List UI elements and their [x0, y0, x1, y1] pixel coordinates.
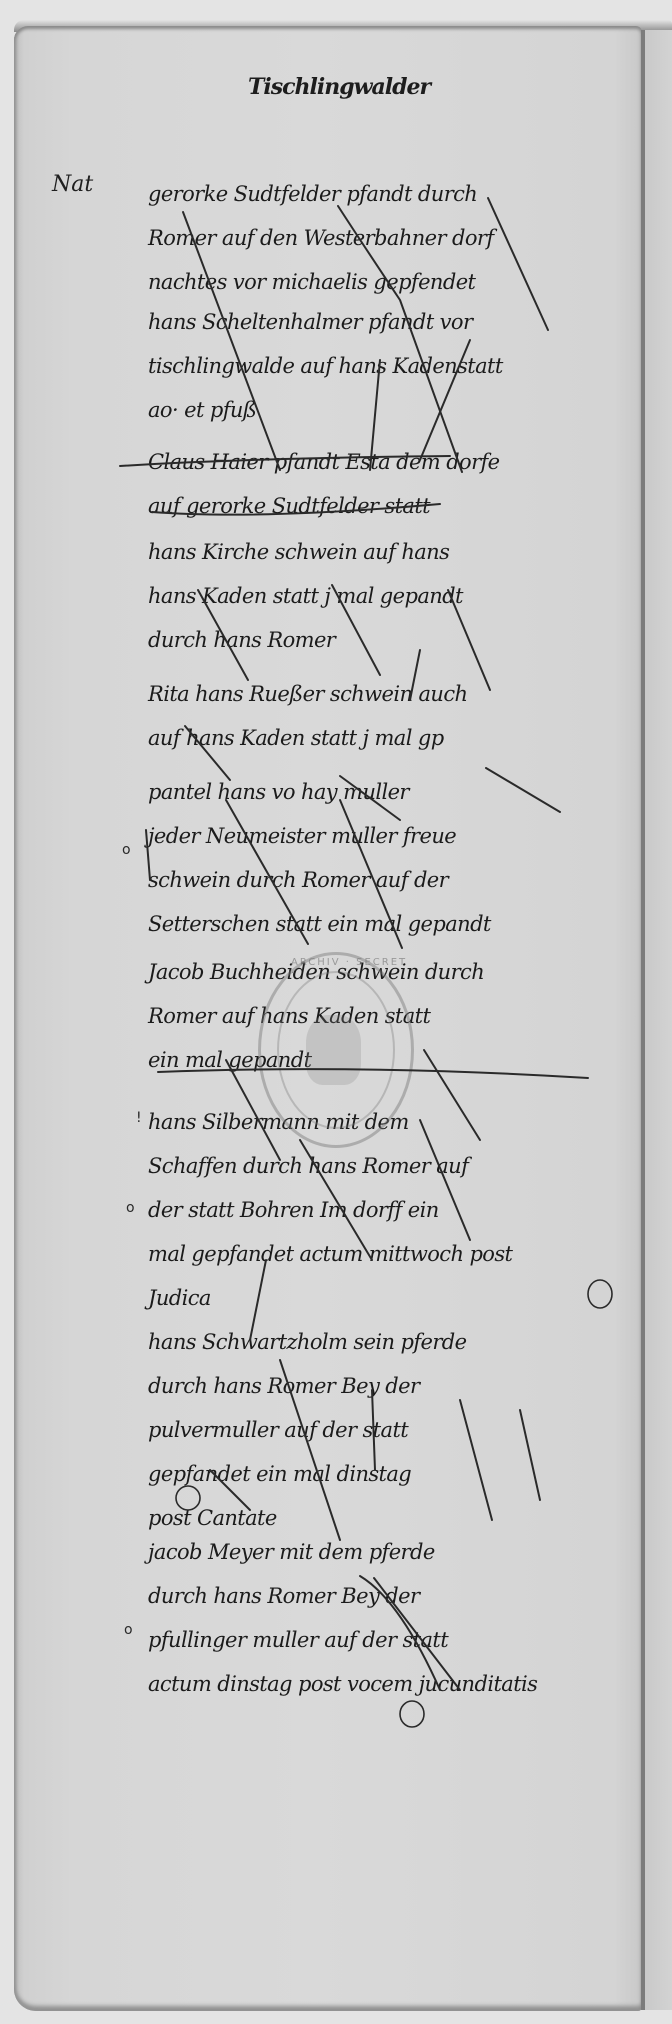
ledger-entry: hans Silbermann mit demSchaffen durch ha… [148, 1100, 628, 1320]
entry-line: tischlingwalde auf hans Kadenstatt [148, 344, 628, 388]
ledger-entry: hans Kirche schwein auf hanshans Kaden s… [148, 530, 628, 662]
margin-note: ! [136, 1110, 142, 1126]
entry-line: Setterschen statt ein mal gepandt [148, 902, 628, 946]
entry-line: durch hans Romer [148, 618, 628, 662]
entry-line: auf hans Kaden statt j mal gp [148, 716, 628, 760]
entry-line: gerorke Sudtfelder pfandt durch [148, 172, 628, 216]
entry-line: Schaffen durch hans Romer auf [148, 1144, 628, 1188]
entry-line: durch hans Romer Bey der [148, 1574, 628, 1618]
adjacent-page-edge [645, 30, 672, 2010]
entry-line: pfullinger muller auf der statt [148, 1618, 628, 1662]
ledger-entry: pantel hans vo hay mullerjeder Neumeiste… [148, 770, 628, 946]
entry-line: jeder Neumeister muller freue [148, 814, 628, 858]
entry-line: jacob Meyer mit dem pferde [148, 1530, 628, 1574]
archive-stamp: ARCHIV · SECRET · [258, 952, 414, 1148]
margin-note: o [122, 842, 131, 858]
entry-line: pulvermuller auf der statt [148, 1408, 628, 1452]
entry-line: hans Kirche schwein auf hans [148, 530, 628, 574]
margin-note: o [124, 1622, 133, 1638]
stamp-heraldic-figure [306, 1015, 361, 1085]
entry-line: Claus Haier pfandt Esta dem dorfe [148, 440, 628, 484]
entry-line: durch hans Romer Bey der [148, 1364, 628, 1408]
entry-line: hans Kaden statt j mal gepandt [148, 574, 628, 618]
entry-line: Romer auf den Westerbahner dorf [148, 216, 628, 260]
entry-line: Judica [148, 1276, 628, 1320]
margin-note: o [126, 1200, 135, 1216]
entry-line: schwein durch Romer auf der [148, 858, 628, 902]
entry-line: Rita hans Rueßer schwein auch [148, 672, 628, 716]
ledger-entry: jacob Meyer mit dem pferdedurch hans Rom… [148, 1530, 628, 1706]
entry-line: der statt Bohren Im dorff ein [148, 1188, 628, 1232]
entry-line: hans Scheltenhalmer pfandt vor [148, 300, 628, 344]
page-heading: Tischlingwalder [248, 74, 430, 100]
entry-line: actum dinstag post vocem jucunditatis [148, 1662, 628, 1706]
entry-line: ao· et pfuß [148, 388, 628, 432]
ledger-entry: Rita hans Rueßer schwein auchauf hans Ka… [148, 672, 628, 760]
entry-line: auf gerorke Sudtfelder statt [148, 484, 628, 528]
entry-line: pantel hans vo hay muller [148, 770, 628, 814]
stamp-text: ARCHIV · SECRET · [291, 957, 411, 979]
ledger-entry: hans Schwartzholm sein pferdedurch hans … [148, 1320, 628, 1540]
ledger-entry: gerorke Sudtfelder pfandt durchRomer auf… [148, 172, 628, 304]
ledger-entry: Claus Haier pfandt Esta dem dorfeauf ger… [148, 440, 628, 528]
entry-line: hans Schwartzholm sein pferde [148, 1320, 628, 1364]
margin-note: Nat [52, 172, 93, 197]
entry-line: mal gepfandet actum mittwoch post [148, 1232, 628, 1276]
entry-line: nachtes vor michaelis gepfendet [148, 260, 628, 304]
entry-line: gepfandet ein mal dinstag [148, 1452, 628, 1496]
ledger-entry: hans Scheltenhalmer pfandt vortischlingw… [148, 300, 628, 432]
